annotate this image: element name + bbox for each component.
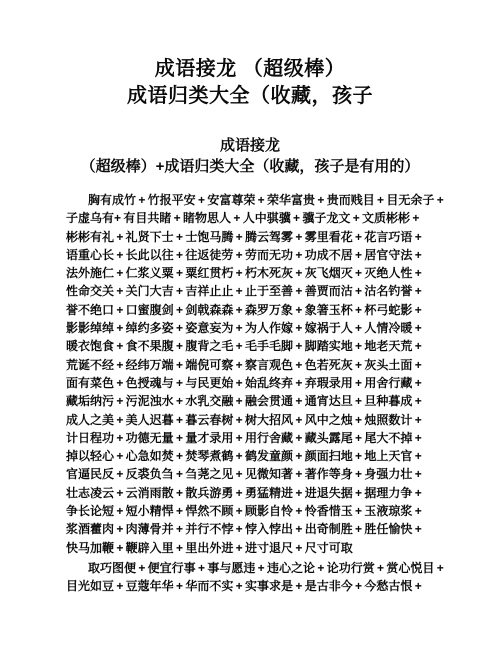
text-line: 计日程功 + 功德无量 + 量才录用 + 用行舍藏 + 藏头露尾 + 尾大不掉 … <box>66 429 440 447</box>
title-line-2: 成语归类大全（收藏，孩子 <box>0 83 500 110</box>
text-line: 语重心长 + 长此以往 + 往返徒劳 + 劳而无功 + 功成不居 + 居官守法 … <box>66 246 440 264</box>
text-line: 快马加鞭 + 鞭辟入里 + 里出外进 + 进寸退尺 + 尺寸可取 <box>66 539 440 557</box>
document-page: 成语接龙 （超级棒） 成语归类大全（收藏，孩子 成语接龙 （超级棒）+成语归类大… <box>0 0 500 647</box>
text-line: 暖衣饱食 + 食不果腹 + 腹背之毛 + 毛手毛脚 + 脚踏实地 + 地老天荒 … <box>66 337 440 355</box>
text-line: 壮志凌云 + 云消雨散 + 散兵游勇 + 勇猛精进 + 进退失据 + 据理力争 … <box>66 484 440 502</box>
paragraph: 胸有成竹 + 竹报平安 + 安富尊荣 + 荣华富贵 + 贵而贱目 + 目无余子 … <box>66 191 440 557</box>
text-line: 法外施仁 + 仁浆义粟 + 粟红贯朽 + 朽木死灰 + 灰飞烟灭 + 灭绝人性 … <box>66 264 440 282</box>
text-line: 胸有成竹 + 竹报平安 + 安富尊荣 + 荣华富贵 + 贵而贱目 + 目无余子 … <box>66 191 440 209</box>
text-line: 彬彬有礼 + 礼贤下士 + 士饱马腾 + 腾云驾雾 + 雾里看花 + 花言巧语 … <box>66 228 440 246</box>
text-line: 目光如豆 + 豆蔻年华 + 华而不实 + 实事求是 + 是古非今 + 今愁古恨 … <box>66 577 440 595</box>
idiom-chain-body: 胸有成竹 + 竹报平安 + 安富尊荣 + 荣华富贵 + 贵而贱目 + 目无余子 … <box>0 177 500 596</box>
subtitle-line-2: （超级棒）+成语归类大全（收藏，孩子是有用的） <box>0 156 500 177</box>
text-line: 官逼民反 + 反裘负刍 + 刍荛之见 + 见微知著 + 著作等身 + 身强力壮 … <box>66 465 440 483</box>
paragraph: 取巧图便 + 便宜行事 + 事与愿违 + 违心之论 + 论功行赏 + 赏心悦目 … <box>66 559 440 596</box>
text-line: 性命交关 + 关门大吉 + 吉祥止止 + 止于至善 + 善贾而沽 + 沽名钓誉 … <box>66 282 440 300</box>
text-line: 荒诞不经 + 经纬万端 + 端倪可察 + 察言观色 + 色若死灰 + 灰头土面 … <box>66 356 440 374</box>
text-line: 影影绰绰 + 绰约多姿 + 姿意妄为 + 为人作嫁 + 嫁祸于人 + 人情冷暖 … <box>66 319 440 337</box>
subtitle-line-1: 成语接龙 <box>0 135 500 156</box>
text-line: 面有菜色 + 色授魂与 + 与民更始 + 始乱终弃 + 弃瑕录用 + 用舍行藏 … <box>66 374 440 392</box>
text-line: 藏垢纳污 + 污泥浊水 + 水乳交融 + 融会贯通 + 通宵达旦 + 旦种暮成 … <box>66 392 440 410</box>
text-line: 浆酒藿肉 + 肉薄骨并 + 并行不悖 + 悖入悖出 + 出奇制胜 + 胜任愉快 … <box>66 520 440 538</box>
text-line: 争长论短 + 短小精悍 + 悍然不顾 + 顾影自怜 + 怜香惜玉 + 玉液琼浆 … <box>66 502 440 520</box>
text-line: 掉以轻心 + 心急如焚 + 焚琴煮鹤 + 鹤发童颜 + 颜面扫地 + 地上天官 … <box>66 447 440 465</box>
document-title: 成语接龙 （超级棒） 成语归类大全（收藏，孩子 <box>0 0 500 110</box>
text-line: 誉不绝口 + 口蜜腹剑 + 剑戟森森 + 森罗万象 + 象箸玉杯 + 杯弓蛇影 … <box>66 301 440 319</box>
title-line-1: 成语接龙 （超级棒） <box>0 56 500 83</box>
document-subtitle: 成语接龙 （超级棒）+成语归类大全（收藏，孩子是有用的） <box>0 110 500 177</box>
text-line: 子虚乌有+ 有目共睹 + 睹物思人 + 人中骐骥 + 骥子龙文 + 文质彬彬 + <box>66 209 440 227</box>
text-line: 取巧图便 + 便宜行事 + 事与愿违 + 违心之论 + 论功行赏 + 赏心悦目 … <box>66 559 440 577</box>
text-line: 成人之美 + 美人迟暮 + 暮云春树 + 树大招风 + 风中之烛 + 烛照数计 … <box>66 411 440 429</box>
